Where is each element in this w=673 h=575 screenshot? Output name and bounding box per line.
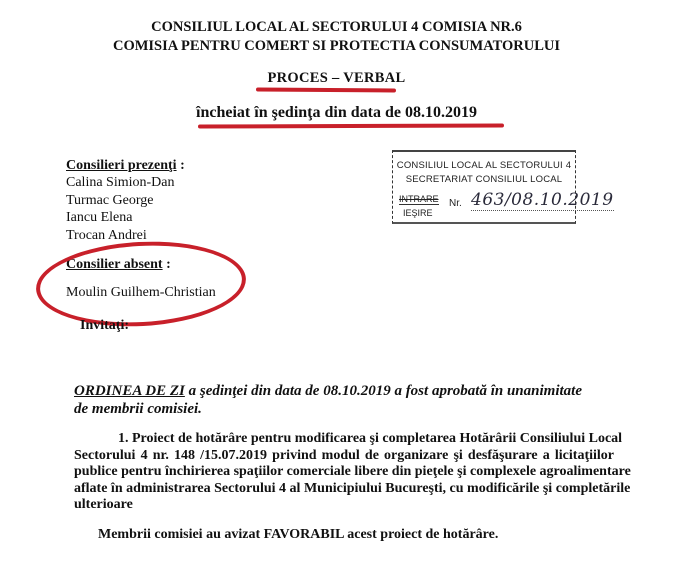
agenda-item-line: publice pentru închirierea spaţiilor com… [74, 464, 614, 481]
agenda-item-1-verdict: Membrii comisiei au avizat FAVORABIL ace… [98, 526, 498, 543]
document-title: PROCES – VERBAL [0, 70, 673, 87]
present-councillors-list: Calina Simion-Dan Turmac George Iancu El… [66, 174, 175, 244]
document-title-text: PROCES – VERBAL [268, 70, 406, 86]
stamp-line-2: SECRETARIAT CONSILIUL LOCAL [393, 174, 575, 185]
meeting-date-line: încheiat în şedinţa din data de 08.10.20… [0, 103, 673, 122]
invited-heading: Invitaţi: [80, 317, 129, 334]
stamp-nr-label: Nr. [449, 198, 462, 209]
agenda-item-line: ulterioare [74, 497, 614, 514]
agenda-approval-text: a şedinţei din data de 08.10.2019 a fost… [185, 383, 582, 399]
list-item: Iancu Elena [66, 209, 175, 227]
commission-header: COMISIA PENTRU COMERT SI PROTECTIA CONSU… [0, 38, 673, 55]
stamp-entry: INTRARE [399, 194, 439, 205]
agenda-item-line: aflate în administrarea Sectorului 4 al … [74, 481, 614, 498]
agenda-item-line: 1. Proiect de hotărâre pentru modificare… [74, 431, 614, 448]
agenda-line-1: ORDINEA DE ZI a şedinţei din data de 08.… [74, 382, 582, 400]
present-colon: : [177, 158, 185, 173]
agenda-item-line: Sectorului 4 nr. 148 /15.07.2019 privind… [74, 448, 614, 465]
red-circle-highlight [34, 237, 248, 332]
present-label: Consilieri prezenţi [66, 158, 177, 173]
agenda-item-1: 1. Proiect de hotărâre pentru modificare… [74, 431, 614, 514]
present-councillors-heading: Consilieri prezenţi : [66, 157, 185, 174]
list-item: Turmac George [66, 192, 175, 210]
stamp-line-1: CONSILIUL LOCAL AL SECTORULUI 4 [393, 160, 575, 171]
red-underline-date [198, 123, 504, 128]
agenda-heading: ORDINEA DE ZI [74, 383, 185, 399]
stamp-registration-number: 463/08.10.2019 [471, 190, 614, 211]
stamp-exit: IEŞIRE [403, 208, 433, 218]
agenda-line-2: de membrii comisiei. [74, 400, 202, 418]
registration-stamp: CONSILIUL LOCAL AL SECTORULUI 4 SECRETAR… [392, 150, 576, 224]
red-underline-title [256, 88, 396, 93]
list-item: Calina Simion-Dan [66, 174, 175, 192]
council-header: CONSILIUL LOCAL AL SECTORULUI 4 COMISIA … [0, 19, 673, 36]
